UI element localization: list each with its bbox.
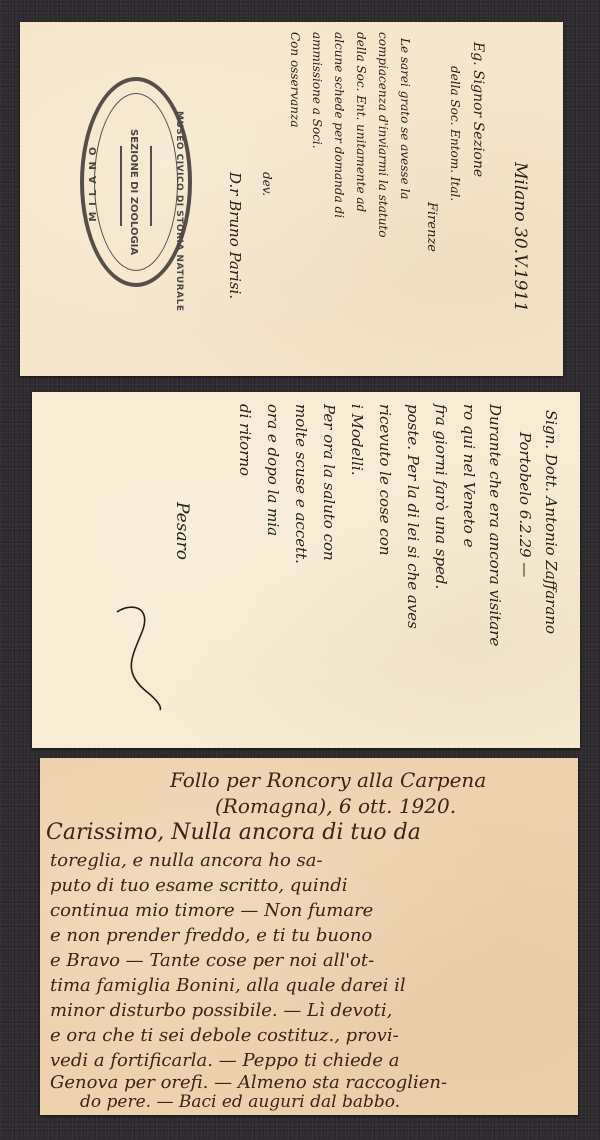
text-line: Con osservanza [288,32,302,127]
text-line: Le sarei grato se avesse la [398,38,412,199]
stamp-ring-top-text: MUSEO CIVICO DI STORIA NATURALE [174,111,184,271]
text-line: della Soc. Ent. unitamente ad [354,32,368,212]
text-line: continua mio timore — Non fumare [50,900,373,921]
stamp-ring-bottom-text: MILANO [88,141,99,222]
text-line: Durante che era ancora visitare [486,404,504,646]
text-line: Per ora la saluto con [320,404,338,561]
text-line: minor disturbo possibile. — Lì devoti, [50,1000,392,1021]
text-line: di ritorno [236,404,254,476]
stamp-center-text: SEZIONE DI ZOOLOGIA [128,129,139,255]
text-line: compiacenza d'inviarmi la statuto [376,32,390,237]
text-line: fra giorni farò una sped. [432,404,450,589]
text-line: Genova per orefi. — Almeno sta raccoglie… [50,1072,447,1093]
text-line: molte scuse e accett. [292,404,310,564]
text-line: ammissione a Soci. [310,32,324,149]
location-line: Follo per Roncory alla Carpena [170,768,486,792]
text-line: Eg. Signor Sezione [470,42,486,177]
text-line: puto di tuo esame scritto, quindi [50,875,348,896]
postcard-3: Follo per Roncory alla Carpena (Romagna)… [40,758,578,1115]
text-line: alcune schede per domanda di [332,32,346,218]
text-line: tima famiglia Bonini, alla quale darei i… [50,975,406,996]
closing-line: do pere. — Baci ed auguri dal babbo. [80,1092,400,1112]
date-line: Portobelo 6.2.29 — [516,432,534,577]
signature-flourish-icon [112,592,172,712]
text-line: i Modelli. [348,404,366,476]
stamp-divider [120,146,122,226]
text-line: toreglia, e nulla ancora ho sa- [50,850,323,871]
text-line: della Soc. Entom. Ital. [448,66,462,201]
postcard-1: MUSEO CIVICO DI STORIA NATURALE MILANO S… [20,22,563,376]
postcard-2: Sign. Dott. Antonio Zaffarano Portobelo … [32,392,580,748]
text-line: dev. [260,172,274,196]
stamp-divider [150,146,152,226]
text-line: e Bravo — Tante cose per noi all'ot- [50,950,374,971]
signature: D.r Bruno Parisi. [226,172,244,299]
date-line: (Romagna), 6 ott. 1920. [215,794,456,818]
text-line: ricevuto le cose con [376,404,394,556]
text-line: vedi a fortificarla. — Peppo ti chiede a [50,1050,399,1071]
text-line: Firenze [424,202,439,252]
signature: Pesaro [172,502,192,560]
salutation-line: Sign. Dott. Antonio Zaffarano [542,410,560,634]
text-line: e ora che ti sei debole costituz., provi… [50,1025,399,1046]
text-line: ora e dopo la mia [264,404,282,536]
museum-stamp-icon: MUSEO CIVICO DI STORIA NATURALE MILANO S… [80,77,192,287]
greeting-line: Carissimo, Nulla ancora di tuo da [46,820,421,845]
text-line: ro qui nel Veneto e [460,404,478,547]
date-line: Milano 30.V.1911 [510,162,530,312]
text-line: poste. Per la di lei si che aves [404,404,422,629]
text-line: e non prender freddo, e ti tu buono [50,925,372,946]
